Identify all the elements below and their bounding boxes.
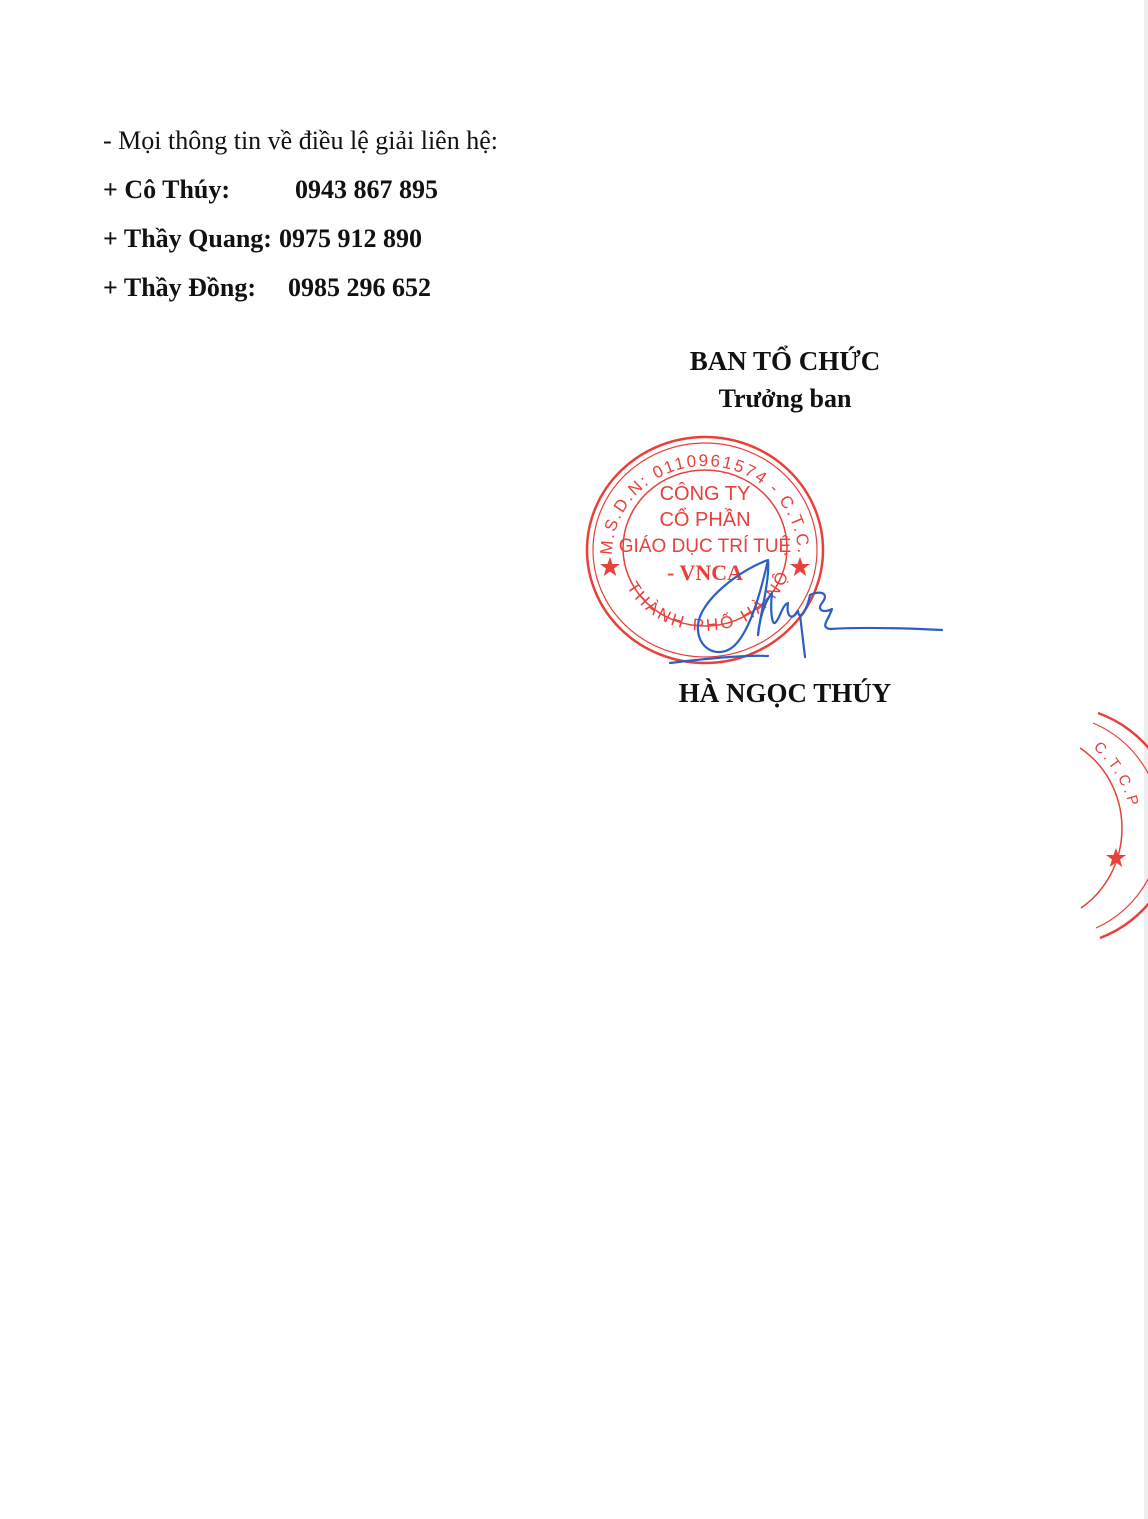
- contact-label: + Cô Thúy:: [103, 165, 295, 214]
- contact-label: + Thầy Đồng:: [103, 263, 288, 312]
- contact-phone: 0975 912 890: [279, 224, 422, 253]
- contact-row: + Thầy Quang:0975 912 890: [103, 214, 498, 263]
- contact-row: + Cô Thúy:0943 867 895: [103, 165, 498, 214]
- signer-role: Trưởng ban: [640, 384, 930, 414]
- stamp-line3: GIÁO DỤC TRÍ TUỆ: [619, 535, 791, 557]
- stamp-line1: CÔNG TY: [660, 482, 751, 505]
- contact-section: - Mọi thông tin về điều lệ giải liên hệ:…: [103, 116, 498, 312]
- contact-phone: 0985 296 652: [288, 273, 431, 302]
- contact-phone: 0943 867 895: [295, 175, 438, 204]
- organization-title: BAN TỔ CHỨC: [640, 346, 930, 377]
- stamp-line2: CỔ PHẦN: [659, 507, 750, 531]
- svg-text:C.T.C.P: C.T.C.P: [1090, 738, 1142, 810]
- contact-label: + Thầy Quang:: [103, 214, 272, 263]
- handwritten-signature: [660, 555, 950, 670]
- partial-stamp-text: C.T.C.P: [1090, 738, 1142, 810]
- signer-name: HÀ NGỌC THÚY: [640, 678, 930, 709]
- contact-intro: - Mọi thông tin về điều lệ giải liên hệ:: [103, 116, 498, 165]
- contact-row: + Thầy Đồng:0985 296 652: [103, 263, 498, 312]
- partial-stamp: C.T.C.P: [1078, 708, 1148, 943]
